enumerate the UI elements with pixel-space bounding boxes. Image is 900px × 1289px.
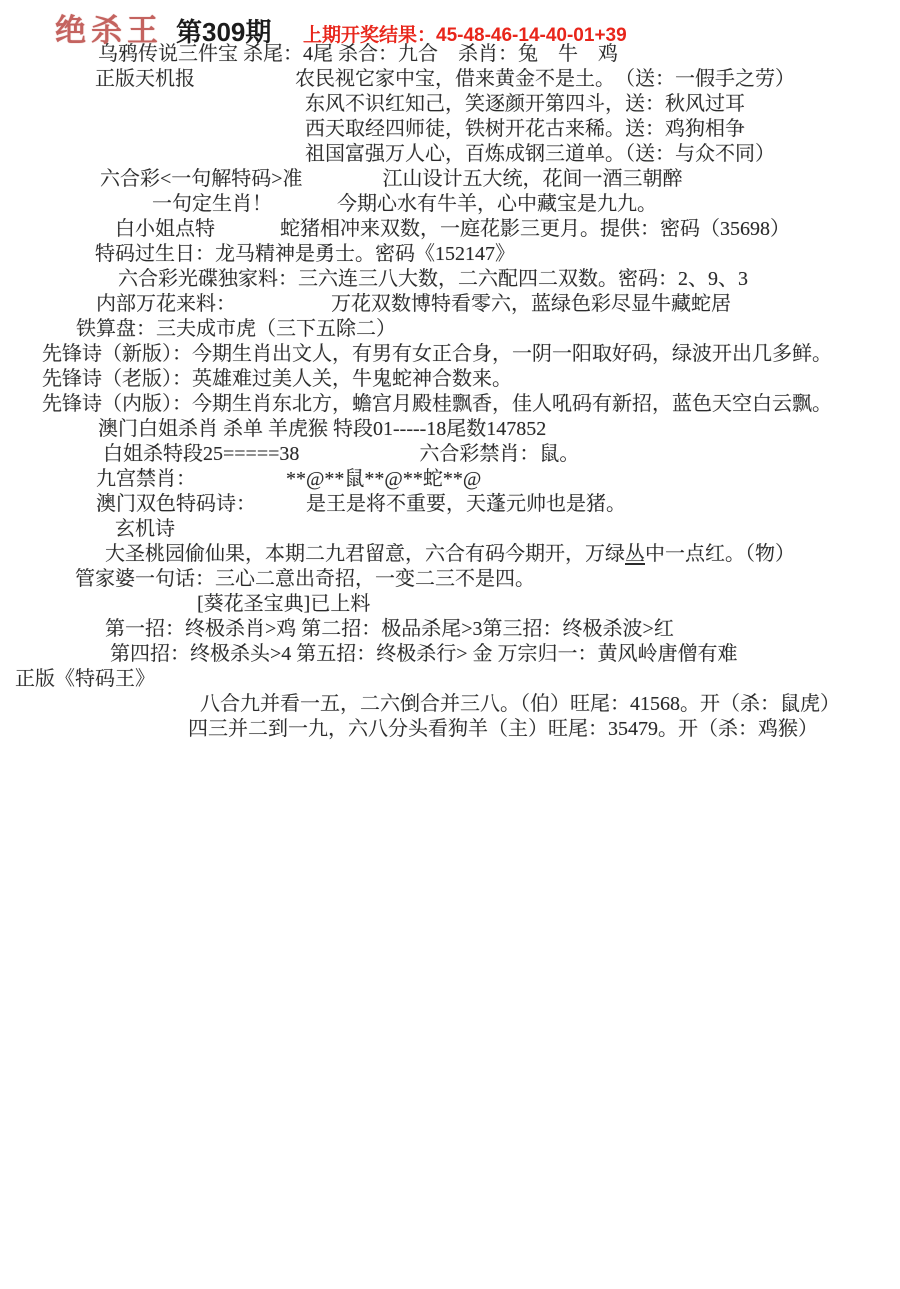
poem-post: 中一点红。（物） (645, 543, 795, 565)
tianjibao-line-1: 正版天机报 农民视它家中宝，借来黄金不是土。 （送：一假手之劳） (0, 67, 900, 92)
macau-shuangse-line: 澳门双色特码诗： 是王是将不重要，天蓬元帅也是猪。 (0, 492, 900, 517)
guanjiapo-line: 管家婆一句话：三心二意出奇招，一变二三不是四。 (0, 567, 900, 592)
temawang-line-1: 八合九并看一五，二六倒合并三八。（伯）旺尾：41568。开（杀：鼠虎） (0, 692, 900, 717)
page: 绝杀王 第309期 上期开奖结果：45-48-46-14-40-01+39 乌鸦… (0, 0, 900, 1289)
baixiaojie-line: 白小姐点特 蛇猪相冲来双数，一庭花影三更月。提供：密码（35698） (0, 217, 900, 242)
tema-birthday-line: 特码过生日：龙马精神是勇士。密码《152147》 (0, 242, 900, 267)
content: 乌鸦传说三件宝 杀尾：4尾 杀合：九合 杀肖：兔 牛 鸡 正版天机报 农民视它家… (0, 42, 900, 742)
temawang-line-2: 四三并二到一九，六八分头看狗羊（主）旺尾：35479。开（杀：鸡猴） (0, 717, 900, 742)
neibu-wanhua-line: 内部万花来料： 万花双数博特看零六，蓝绿色彩尽显牛藏蛇居 (0, 292, 900, 317)
xuanjishi-poem-line: 大圣桃园偷仙果，本期二九君留意，六合有码今期开，万绿丛中一点红。（物） (0, 542, 900, 567)
xuanjishi-title: 玄机诗 (0, 517, 900, 542)
kuihua-move-4-5-line: 第四招：终极杀头>4 第五招：终极杀行> 金 万宗归一：黄风岭唐僧有难 (0, 642, 900, 667)
cd-exclusive-line: 六合彩光碟独家料：三六连三八大数，二六配四二双数。密码：2、9、3 (0, 267, 900, 292)
xianfengshi-new-line: 先锋诗（新版）：今期生肖出文人，有男有女正合身，一阴一阳取好码，绿波开出几多鲜。 (0, 342, 900, 367)
kuihua-baodian-title: [葵花圣宝典]已上料 (0, 592, 900, 617)
kuihua-move-1-3-line: 第一招：终极杀肖>鸡 第二招：极品杀尾>3第三招：终极杀波>红 (0, 617, 900, 642)
temawang-title: 正版《特码王》 (0, 667, 900, 692)
xianfengshi-old-line: 先锋诗（老版）：英雄难过美人关，牛鬼蛇神合数来。 (0, 367, 900, 392)
shengxiao-line: 一句定生肖！ 今期心水有牛羊，心中藏宝是九九。 (0, 192, 900, 217)
xianfengshi-inner-line: 先锋诗（内版）：今期生肖东北方，蟾宫月殿桂飘香，佳人吼码有新招，蓝色天空白云飘。 (0, 392, 900, 417)
baijie-shateduan-line: 白姐杀特段25=====38 六合彩禁肖：鼠。 (0, 442, 900, 467)
poem-underlined-char: 丛 (625, 543, 645, 565)
tianjibao-line-4: 祖国富强万人心，百炼成钢三道单。（送：与众不同） (0, 142, 900, 167)
macau-baijie-shaxiao-line: 澳门白姐杀肖 杀单 羊虎猴 特段01-----18尾数147852 (0, 417, 900, 442)
tianjibao-line-2: 东风不识红知己，笑逐颜开第四斗，送：秋风过耳 (0, 92, 900, 117)
liuhecai-phrase-line: 六合彩<一句解特码>准 江山设计五大统，花间一酒三朝醉 (0, 167, 900, 192)
header: 绝杀王 第309期 上期开奖结果：45-48-46-14-40-01+39 (0, 0, 900, 42)
poem-pre: 大圣桃园偷仙果，本期二九君留意，六合有码今期开，万绿 (105, 543, 625, 565)
crow-legend-line: 乌鸦传说三件宝 杀尾：4尾 杀合：九合 杀肖：兔 牛 鸡 (0, 42, 900, 67)
jiugong-jinxiao-line: 九宫禁肖： **@**鼠**@**蛇**@ (0, 467, 900, 492)
tiesuanpan-line: 铁算盘：三夫成市虎（三下五除二） (0, 317, 900, 342)
tianjibao-line-3: 西天取经四师徒，铁树开花古来稀。送：鸡狗相争 (0, 117, 900, 142)
